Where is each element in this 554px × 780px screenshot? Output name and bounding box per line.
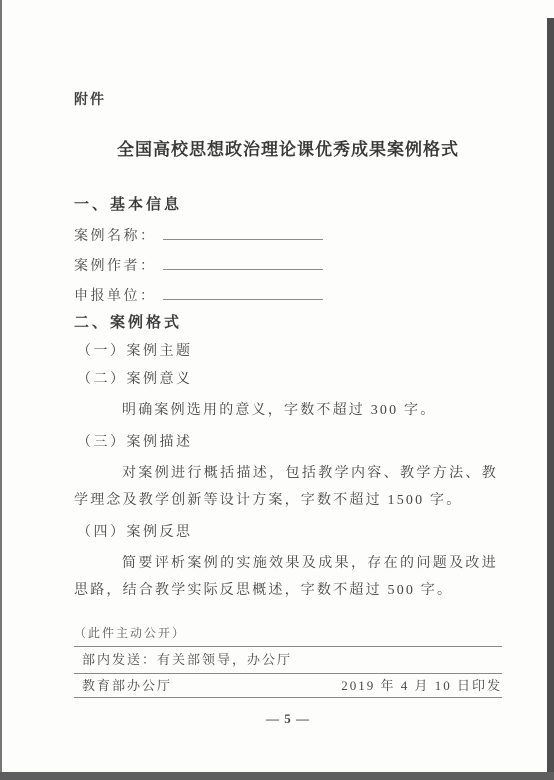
case-item-body-description: 对案例进行概括描述，包括教学内容、教学方法、教学理念及教学创新等设计方案，字数不… — [74, 460, 498, 514]
footer-block: 部内发送：有关部领导，办公厅 教育部办公厅 2019 年 4 月 10 日印发 — [74, 646, 502, 698]
field-row-case-name: 案例名称： — [74, 225, 502, 245]
section-basic-info-heading: 一、基本信息 — [74, 195, 502, 215]
field-label-case-name: 案例名称： — [74, 229, 157, 244]
field-label-applicant-unit: 申报单位： — [74, 289, 157, 304]
field-row-case-author: 案例作者： — [74, 255, 502, 275]
disclosure-note: （此件主动公开） — [74, 624, 502, 642]
case-item-heading-description: （三）案例描述 — [74, 433, 502, 452]
page-number: — 5 — — [74, 711, 502, 727]
footer-issue-date: 2019 年 4 月 10 日印发 — [341, 674, 502, 697]
document-content: 附件 全国高校思想政治理论课优秀成果案例格式 一、基本信息 案例名称： 案例作者… — [0, 0, 554, 727]
scan-edge-bottom — [0, 772, 554, 780]
footer-issuer-row: 教育部办公厅 2019 年 4 月 10 日印发 — [74, 674, 502, 698]
field-row-applicant-unit: 申报单位： — [74, 285, 502, 305]
case-item-heading-reflection: （四）案例反思 — [74, 523, 502, 542]
document-title: 全国高校思想政治理论课优秀成果案例格式 — [74, 138, 502, 162]
fill-in-line-case-name — [163, 225, 323, 240]
attachment-label: 附件 — [74, 91, 502, 107]
case-item-heading-theme: （一）案例主题 — [74, 342, 502, 361]
case-item-heading-significance: （二）案例意义 — [74, 370, 502, 389]
footer-distribution: 部内发送：有关部领导，办公厅 — [74, 647, 502, 674]
field-label-case-author: 案例作者： — [74, 259, 157, 274]
section-case-format-heading: 二、案例格式 — [74, 313, 502, 333]
scanned-document-page: 附件 全国高校思想政治理论课优秀成果案例格式 一、基本信息 案例名称： 案例作者… — [0, 0, 554, 780]
footer-issuer: 教育部办公厅 — [82, 674, 172, 697]
fill-in-line-applicant-unit — [163, 285, 323, 300]
fill-in-line-case-author — [163, 255, 323, 270]
case-item-body-significance: 明确案例选用的意义，字数不超过 300 字。 — [74, 397, 498, 424]
case-item-body-reflection: 简要评析案例的实施效果及成果，存在的问题及改进思路，结合教学实际反思概述，字数不… — [74, 550, 498, 604]
